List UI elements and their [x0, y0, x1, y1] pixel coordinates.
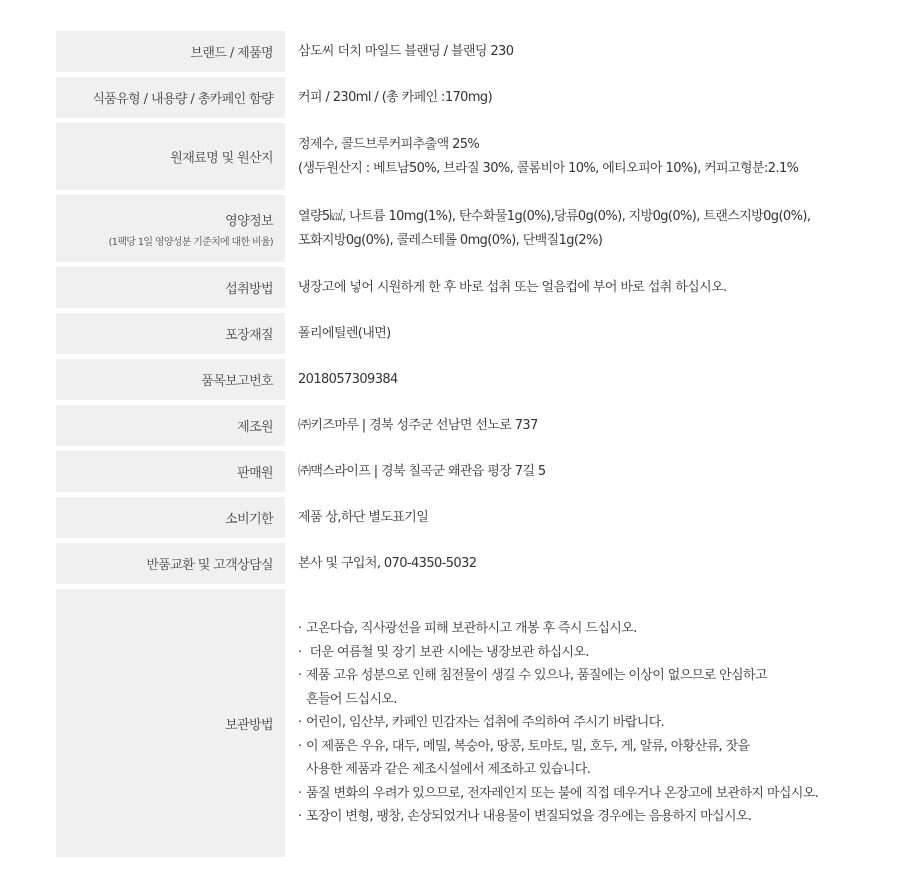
label-packaging: 포장재질: [56, 313, 285, 354]
label-text: 포장재질: [225, 324, 273, 343]
label-report-number: 품목보고번호: [56, 359, 285, 400]
row-manufacturer: 제조원 ㈜키즈마루 | 경북 성주군 선남면 선노로 737: [56, 405, 876, 446]
storage-item: ·이 제품은 우유, 대두, 메밀, 복숭아, 땅콩, 토마토, 밀, 호두, …: [298, 735, 876, 782]
value-seller: ㈜맥스라이프 | 경북 칠곡군 왜관읍 평장 7길 5: [285, 451, 876, 492]
value-text: 2018057309384: [298, 368, 876, 392]
value-text: 폴리에틸렌(내면): [298, 322, 876, 346]
label-text: 원재료명 및 원산지: [170, 147, 273, 166]
bullet-icon: ·: [298, 805, 306, 829]
item-text: 제품 고유 성분으로 인해 침전물이 생길 수 있으나, 품질에는 이상이 없으…: [306, 668, 767, 683]
item-text: 더운 여름철 및 장기 보관 시에는 냉장보관 하십시오.: [306, 645, 589, 660]
row-food-type: 식품유형 / 내용량 / 총카페인 함량 커피 / 230ml / (총 카페인…: [56, 77, 876, 118]
label-brand: 브랜드 / 제품명: [56, 31, 285, 72]
label-text: 제조원: [237, 416, 273, 435]
label-seller: 판매원: [56, 451, 285, 492]
item-text: 어린이, 임산부, 카페인 민감자는 섭취에 주의하여 주시기 바랍니다.: [306, 715, 664, 730]
label-text: 보관방법: [225, 714, 273, 733]
item-text: 고온다습, 직사광선을 피해 보관하시고 개봉 후 즉시 드십시오.: [306, 621, 637, 636]
value-manufacturer: ㈜키즈마루 | 경북 성주군 선남면 선노로 737: [285, 405, 876, 446]
row-brand: 브랜드 / 제품명 삼도씨 더치 마일드 블랜딩 / 블랜딩 230: [56, 31, 876, 72]
item-text-continued: 사용한 제품과 같은 제조시설에서 제조하고 있습니다.: [298, 758, 876, 782]
item-text-continued: 흔들어 드십시오.: [298, 688, 876, 712]
label-customer-service: 반품교환 및 고객상담실: [56, 543, 285, 584]
storage-item: ·제품 고유 성분으로 인해 침전물이 생길 수 있으나, 품질에는 이상이 없…: [298, 664, 876, 711]
bullet-icon: ·: [298, 735, 306, 759]
label-text: 식품유형 / 내용량 / 총카페인 함량: [92, 88, 273, 107]
label-expiration: 소비기한: [56, 497, 285, 538]
row-intake-method: 섭취방법 냉장고에 넣어 시원하게 한 후 바로 섭취 또는 얼음컵에 부어 바…: [56, 267, 876, 308]
label-text: 소비기한: [225, 508, 273, 527]
row-seller: 판매원 ㈜맥스라이프 | 경북 칠곡군 왜관읍 평장 7길 5: [56, 451, 876, 492]
value-intake-method: 냉장고에 넣어 시원하게 한 후 바로 섭취 또는 얼음컵에 부어 바로 섭취 …: [285, 267, 876, 308]
label-text: 영양정보: [225, 210, 273, 229]
label-text: 브랜드 / 제품명: [190, 42, 273, 61]
storage-item: ·품질 변화의 우려가 있으므로, 전자레인지 또는 불에 직접 데우거나 온장…: [298, 782, 876, 806]
value-food-type: 커피 / 230ml / (총 카페인 :170mg): [285, 77, 876, 118]
value-customer-service: 본사 및 구입처, 070-4350-5032: [285, 543, 876, 584]
label-food-type: 식품유형 / 내용량 / 총카페인 함량: [56, 77, 285, 118]
row-nutrition: 영양정보 (1팩당 1일 영양성분 기준치에 대한 비율) 열량5㎉, 나트륨 …: [56, 195, 876, 262]
value-line: 열량5㎉, 나트륨 10mg(1%), 탄수화물1g(0%),당류0g(0%),…: [298, 205, 876, 229]
value-line: 정제수, 콜드브루커피추출액 25%: [298, 133, 876, 157]
label-ingredients: 원재료명 및 원산지: [56, 123, 285, 190]
bullet-icon: ·: [298, 711, 306, 735]
label-storage: 보관방법: [56, 589, 285, 857]
row-customer-service: 반품교환 및 고객상담실 본사 및 구입처, 070-4350-5032: [56, 543, 876, 584]
storage-instructions-list: ·고온다습, 직사광선을 피해 보관하시고 개봉 후 즉시 드십시오. · 더운…: [298, 617, 876, 829]
label-subtext: (1팩당 1일 영양성분 기준치에 대한 비율): [108, 233, 273, 248]
storage-item: ·포장이 변형, 팽창, 손상되었거나 내용물이 변질되었을 경우에는 음용하지…: [298, 805, 876, 829]
bullet-icon: ·: [298, 617, 306, 641]
row-storage: 보관방법 ·고온다습, 직사광선을 피해 보관하시고 개봉 후 즉시 드십시오.…: [56, 589, 876, 857]
value-text: ㈜키즈마루 | 경북 성주군 선남면 선노로 737: [298, 414, 876, 438]
row-packaging: 포장재질 폴리에틸렌(내면): [56, 313, 876, 354]
storage-item: ·고온다습, 직사광선을 피해 보관하시고 개봉 후 즉시 드십시오.: [298, 617, 876, 641]
row-expiration: 소비기한 제품 상,하단 별도표기일: [56, 497, 876, 538]
value-text: ㈜맥스라이프 | 경북 칠곡군 왜관읍 평장 7길 5: [298, 460, 876, 484]
value-text: 본사 및 구입처, 070-4350-5032: [298, 552, 876, 576]
value-line: 포화지방0g(0%), 콜레스테롤 0mg(0%), 단백질1g(2%): [298, 229, 876, 253]
label-manufacturer: 제조원: [56, 405, 285, 446]
value-ingredients: 정제수, 콜드브루커피추출액 25% (생두원산지 : 베트남50%, 브라질 …: [285, 123, 876, 190]
bullet-icon: ·: [298, 641, 306, 665]
label-text: 판매원: [237, 462, 273, 481]
value-nutrition: 열량5㎉, 나트륨 10mg(1%), 탄수화물1g(0%),당류0g(0%),…: [285, 195, 876, 262]
label-text: 반품교환 및 고객상담실: [146, 554, 273, 573]
label-text: 품목보고번호: [201, 370, 273, 389]
row-ingredients: 원재료명 및 원산지 정제수, 콜드브루커피추출액 25% (생두원산지 : 베…: [56, 123, 876, 190]
value-text: 커피 / 230ml / (총 카페인 :170mg): [298, 86, 876, 110]
product-info-table: 브랜드 / 제품명 삼도씨 더치 마일드 블랜딩 / 블랜딩 230 식품유형 …: [56, 31, 876, 857]
bullet-icon: ·: [298, 664, 306, 688]
value-storage: ·고온다습, 직사광선을 피해 보관하시고 개봉 후 즉시 드십시오. · 더운…: [285, 589, 876, 857]
bullet-icon: ·: [298, 782, 306, 806]
label-nutrition: 영양정보 (1팩당 1일 영양성분 기준치에 대한 비율): [56, 195, 285, 262]
storage-item: ·어린이, 임산부, 카페인 민감자는 섭취에 주의하여 주시기 바랍니다.: [298, 711, 876, 735]
row-report-number: 품목보고번호 2018057309384: [56, 359, 876, 400]
item-text: 이 제품은 우유, 대두, 메밀, 복숭아, 땅콩, 토마토, 밀, 호두, 게…: [306, 739, 750, 754]
value-text: 제품 상,하단 별도표기일: [298, 506, 876, 530]
value-text: 삼도씨 더치 마일드 블랜딩 / 블랜딩 230: [298, 40, 876, 64]
value-packaging: 폴리에틸렌(내면): [285, 313, 876, 354]
label-text: 섭취방법: [225, 278, 273, 297]
storage-item: · 더운 여름철 및 장기 보관 시에는 냉장보관 하십시오.: [298, 641, 876, 665]
value-expiration: 제품 상,하단 별도표기일: [285, 497, 876, 538]
item-text: 포장이 변형, 팽창, 손상되었거나 내용물이 변질되었을 경우에는 음용하지 …: [306, 809, 751, 824]
item-text: 품질 변화의 우려가 있으므로, 전자레인지 또는 불에 직접 데우거나 온장고…: [306, 786, 818, 801]
value-line: (생두원산지 : 베트남50%, 브라질 30%, 콜롬비아 10%, 에티오피…: [298, 157, 876, 181]
value-report-number: 2018057309384: [285, 359, 876, 400]
value-text: 냉장고에 넣어 시원하게 한 후 바로 섭취 또는 얼음컵에 부어 바로 섭취 …: [298, 276, 876, 300]
value-brand: 삼도씨 더치 마일드 블랜딩 / 블랜딩 230: [285, 31, 876, 72]
label-intake-method: 섭취방법: [56, 267, 285, 308]
